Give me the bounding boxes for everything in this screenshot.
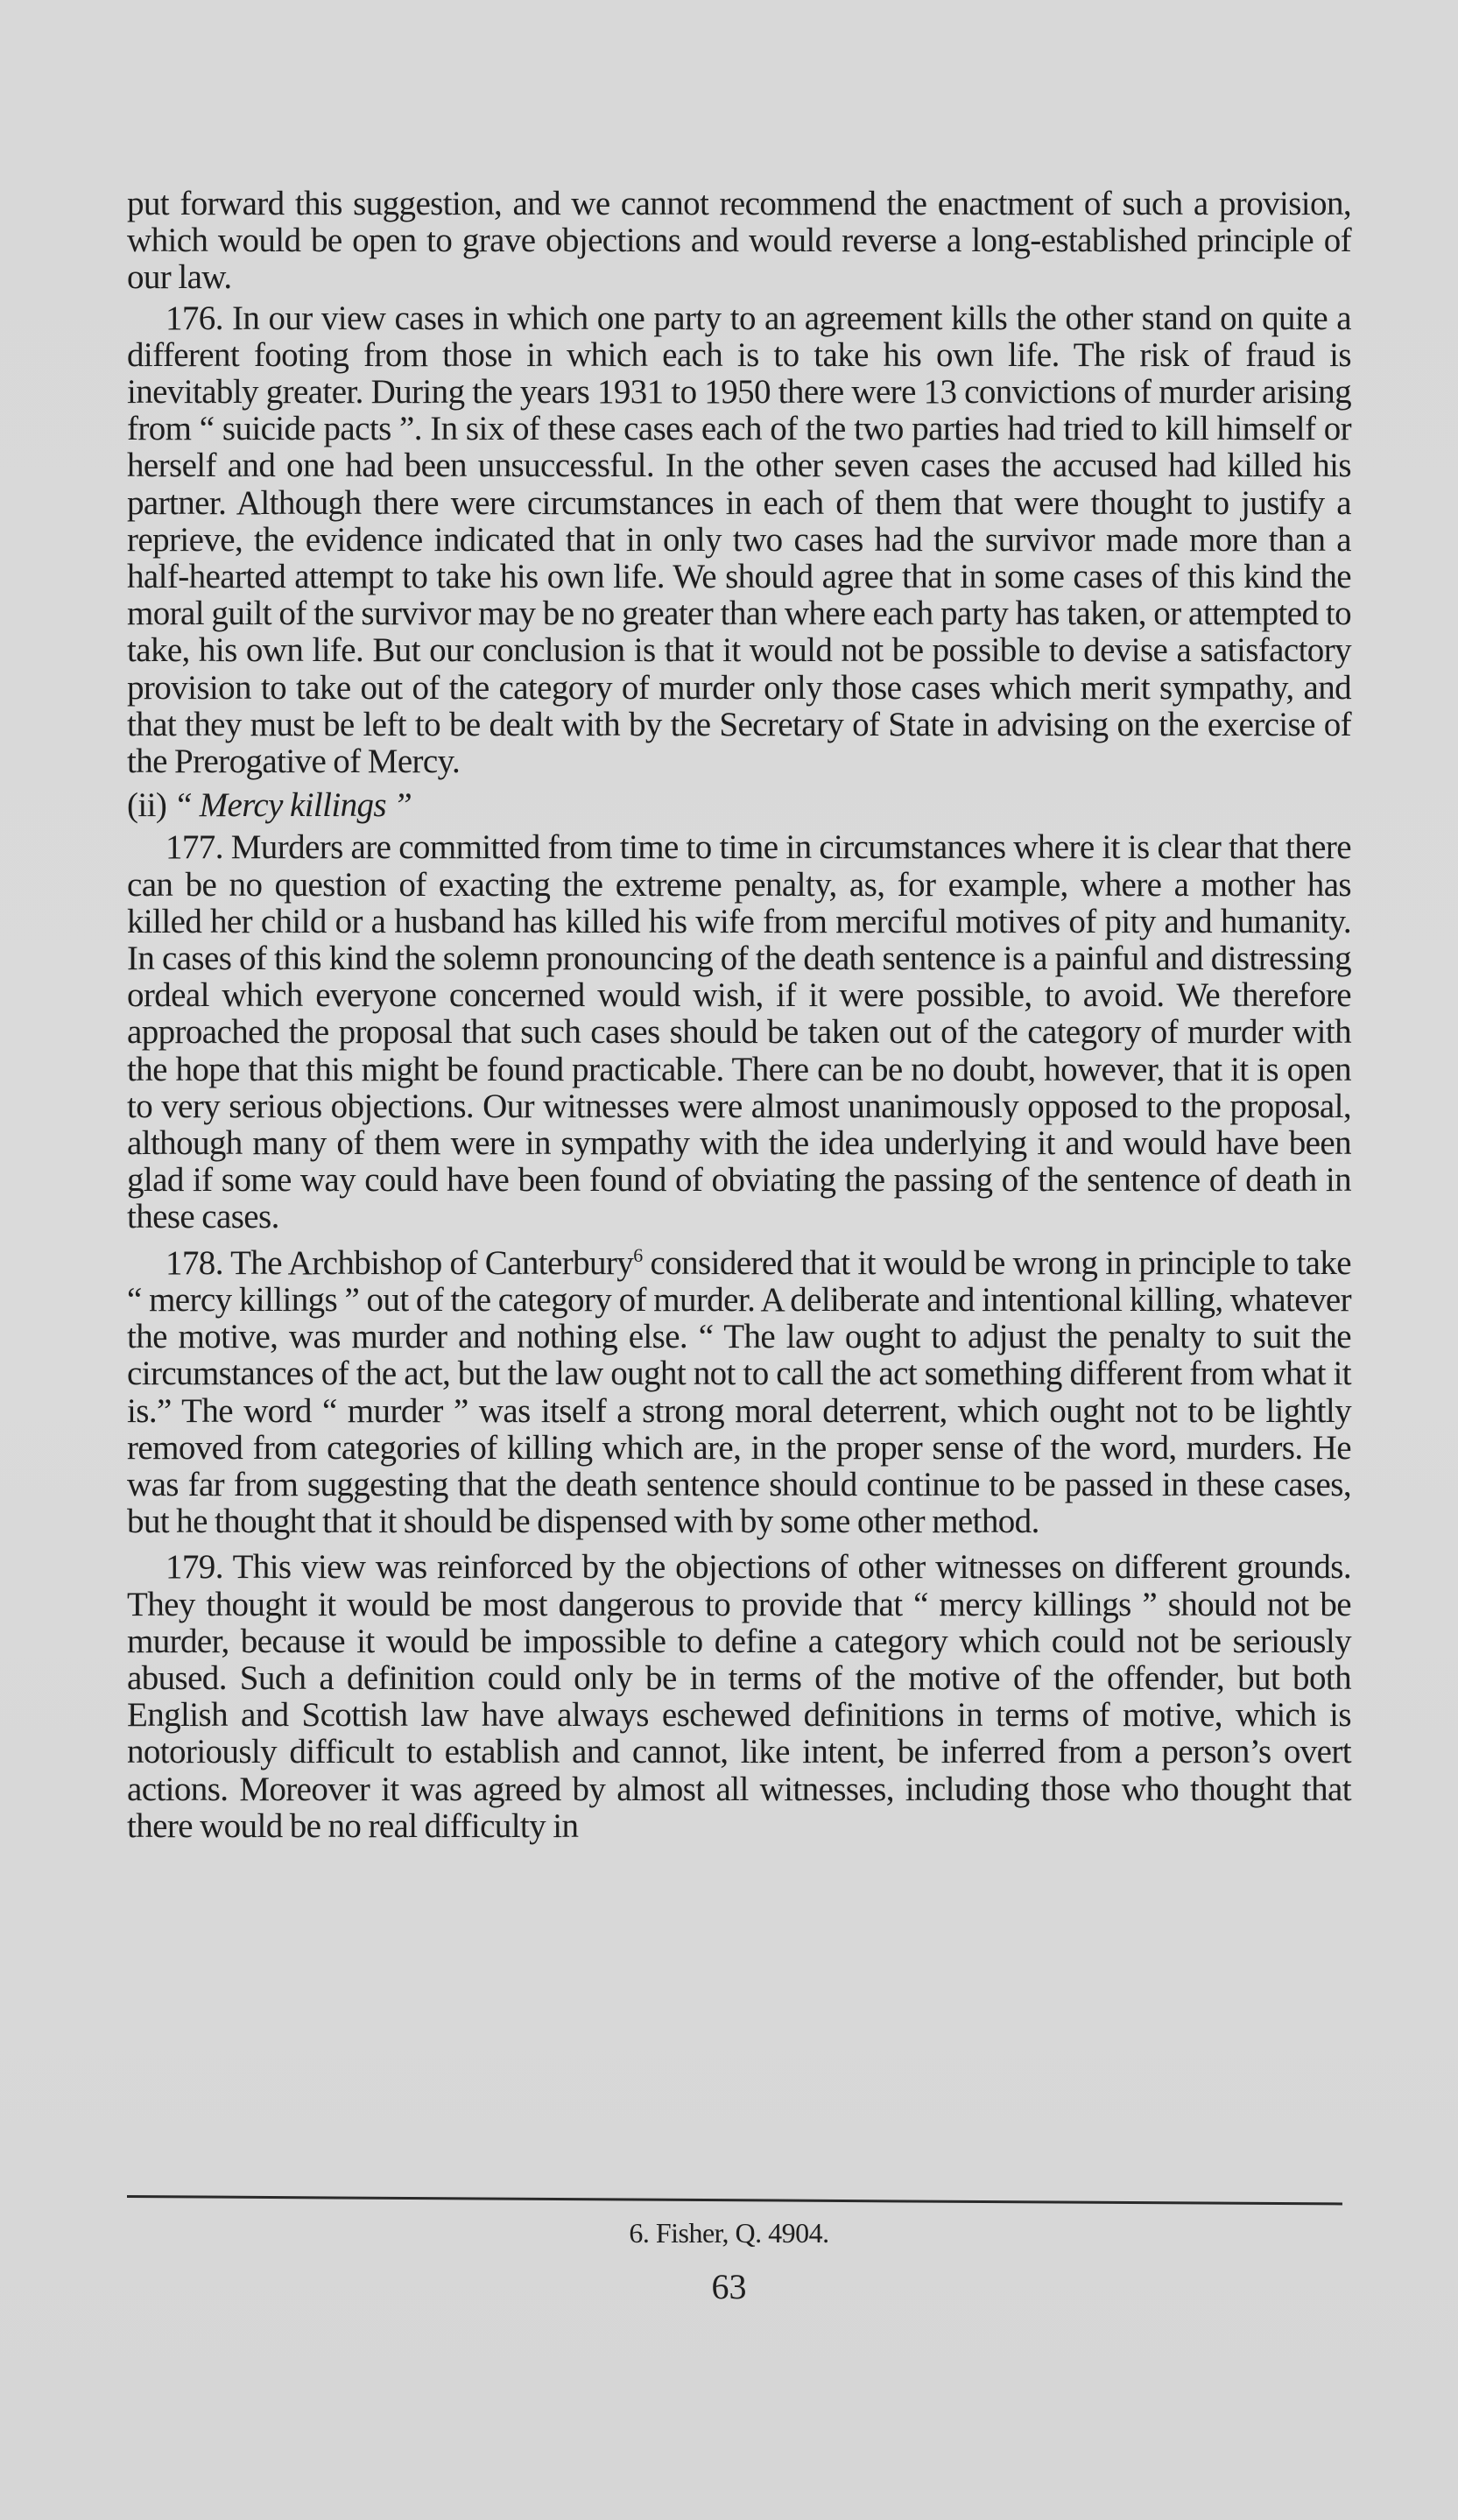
document-page: put forward this suggestion, and we cann…	[0, 0, 1458, 2520]
paragraph-text-start: The Archbishop of Canterbury	[230, 1244, 633, 1282]
paragraph-number: 179.	[166, 1548, 223, 1586]
paragraph-text-end: considered that it would be wrong in pri…	[127, 1244, 1351, 1540]
section-number: (ii)	[127, 786, 166, 824]
paragraph-number: 178.	[166, 1244, 223, 1282]
paragraph-number: 176.	[166, 299, 223, 337]
paragraph-179: 179. This view was reinforced by the obj…	[127, 1549, 1351, 1845]
paragraph-176: 176. In our view cases in which one part…	[127, 300, 1351, 781]
footnote-divider	[127, 2195, 1342, 2205]
page-number: 63	[0, 2266, 1458, 2307]
continued-paragraph: put forward this suggestion, and we cann…	[127, 186, 1351, 297]
footnote-reference[interactable]: 6	[633, 1244, 642, 1266]
paragraph-text: Murders are committed from time to time …	[127, 828, 1351, 1235]
body-text: put forward this suggestion, and we cann…	[127, 186, 1351, 1845]
paragraph-178: 178. The Archbishop of Canterbury6 consi…	[127, 1245, 1351, 1541]
paragraph-number: 177.	[166, 828, 223, 866]
paragraph-text: In our view cases in which one party to …	[127, 299, 1351, 780]
footnote: 6. Fisher, Q. 4904.	[0, 2217, 1458, 2249]
section-title: “ Mercy killings ”	[173, 786, 412, 824]
section-heading: (ii) “ Mercy killings ”	[127, 787, 1351, 824]
paragraph-177: 177. Murders are committed from time to …	[127, 829, 1351, 1235]
paragraph-text: This view was reinforced by the objectio…	[127, 1548, 1351, 1844]
